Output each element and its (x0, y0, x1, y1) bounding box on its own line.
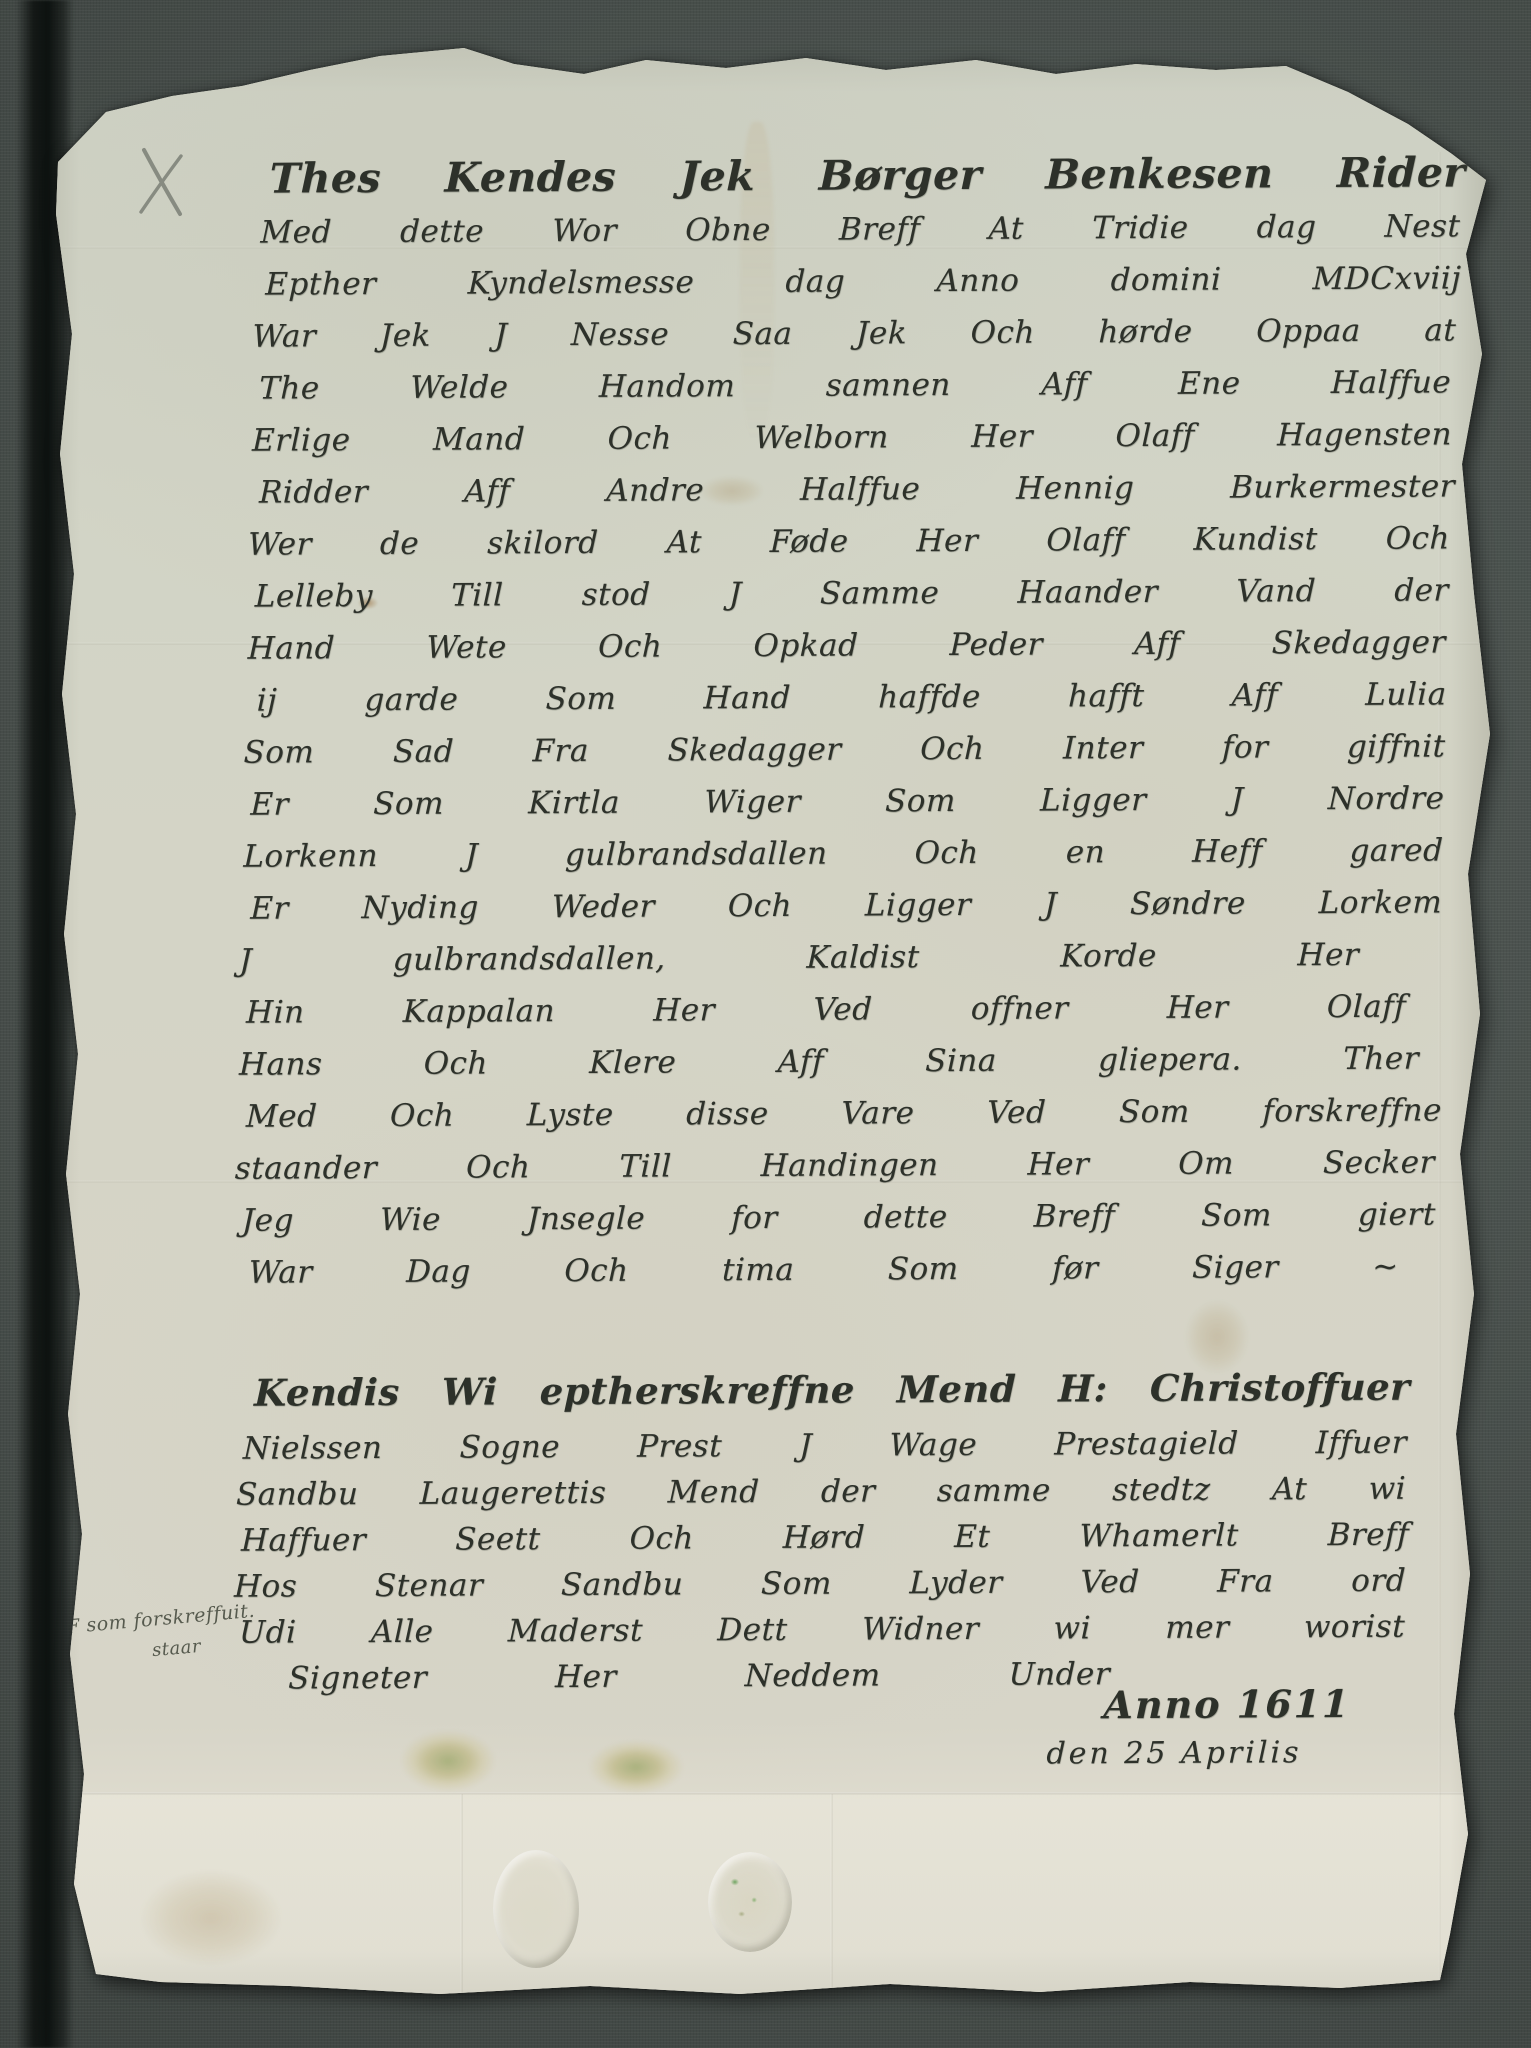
manuscript-line: Lorkenn J gulbrandsdallen Och en Heff ga… (243, 832, 1444, 874)
manuscript-line: Lelleby Till stod J Samme Haander Vand d… (254, 572, 1449, 614)
manuscript-line: Kendis Wi eptherskreffne Mend H: Christo… (254, 1365, 1411, 1415)
manuscript-line: Erlige Mand Och Welborn Her Olaff Hagens… (252, 416, 1453, 458)
manuscript-line: Hos Stenar Sandbu Som Lyder Ved Fra ord (234, 1563, 1407, 1605)
manuscript-line: Er Som Kirtla Wiger Som Ligger J Nordre (250, 780, 1445, 822)
manuscript-line: Thes Kendes Jek Børger Benkesen Rider (269, 148, 1466, 202)
manuscript-line: staander Och Till Handingen Her Om Secke… (234, 1145, 1435, 1187)
manuscript-line: Epther Kyndelsmesse dag Anno domini MDCx… (265, 260, 1462, 302)
manuscript-line: Haffuer Seett Och Hørd Et Whamerlt Breff (241, 1517, 1410, 1559)
manuscript-line: Nielssen Sogne Prest J Wage Prestagield … (243, 1425, 1408, 1467)
manuscript-line: Med dette Wor Obne Breff At Tridie dag N… (260, 208, 1461, 250)
manuscript-line: Hand Wete Och Opkad Peder Aff Skedagger (247, 624, 1446, 666)
manuscript-line: Som Sad Fra Skedagger Och Inter for giff… (243, 728, 1446, 770)
manuscript-line: J gulbrandsdallen, Kaldist Korde Her (239, 937, 1360, 979)
manuscript-line: Hans Och Klere Aff Sina gliepera. Ther (239, 1041, 1420, 1083)
manuscript-line: War Jek J Nesse Saa Jek Och hørde Oppaa … (252, 312, 1457, 354)
binding-spine-shadow (16, 0, 74, 2048)
manuscript-line: Ridder Aff Andre Halffue Hennig Burkerme… (259, 468, 1456, 510)
manuscript-line: Sandbu Laugerettis Mend der samme stedtz… (236, 1471, 1407, 1513)
manuscript-page: X Thes Kendes Jek Børger Benkesen Rider … (40, 32, 1496, 2000)
manuscript-line: The Welde Handom samnen Aff Ene Halffue (259, 364, 1452, 406)
manuscript-line: Wer de skilord At Føde Her Olaff Kundist… (248, 520, 1451, 562)
seal-impression (493, 1850, 579, 1968)
date-line: den 25 Aprilis (1046, 1735, 1302, 1771)
archive-scan-background: X Thes Kendes Jek Børger Benkesen Rider … (0, 0, 1531, 2048)
handwriting-layer: Thes Kendes Jek Børger Benkesen Rider Me… (19, 28, 1516, 2004)
manuscript-line: ij garde Som Hand haffde hafft Aff Lulia (256, 676, 1447, 718)
margin-note-line2: staar (151, 1636, 202, 1661)
manuscript-line: Udi Alle Maderst Dett Widner wi mer wori… (239, 1609, 1406, 1651)
manuscript-line: Jeg Wie Jnsegle for dette Breff Som gier… (241, 1197, 1436, 1239)
manuscript-line: Med Och Lyste disse Vare Ved Som forskre… (246, 1092, 1443, 1134)
manuscript-line: War Dag Och tima Som før Siger ~ (248, 1249, 1399, 1291)
manuscript-line: Hin Kappalan Her Ved offner Her Olaff (246, 989, 1407, 1031)
anno-year: Anno 1611 (1103, 1681, 1351, 1727)
manuscript-line: Er Nyding Weder Och Ligger J Søndre Lork… (250, 884, 1443, 926)
seal-impression (708, 1852, 792, 1952)
manuscript-line: Signeter Her Neddem Under (288, 1656, 1111, 1696)
